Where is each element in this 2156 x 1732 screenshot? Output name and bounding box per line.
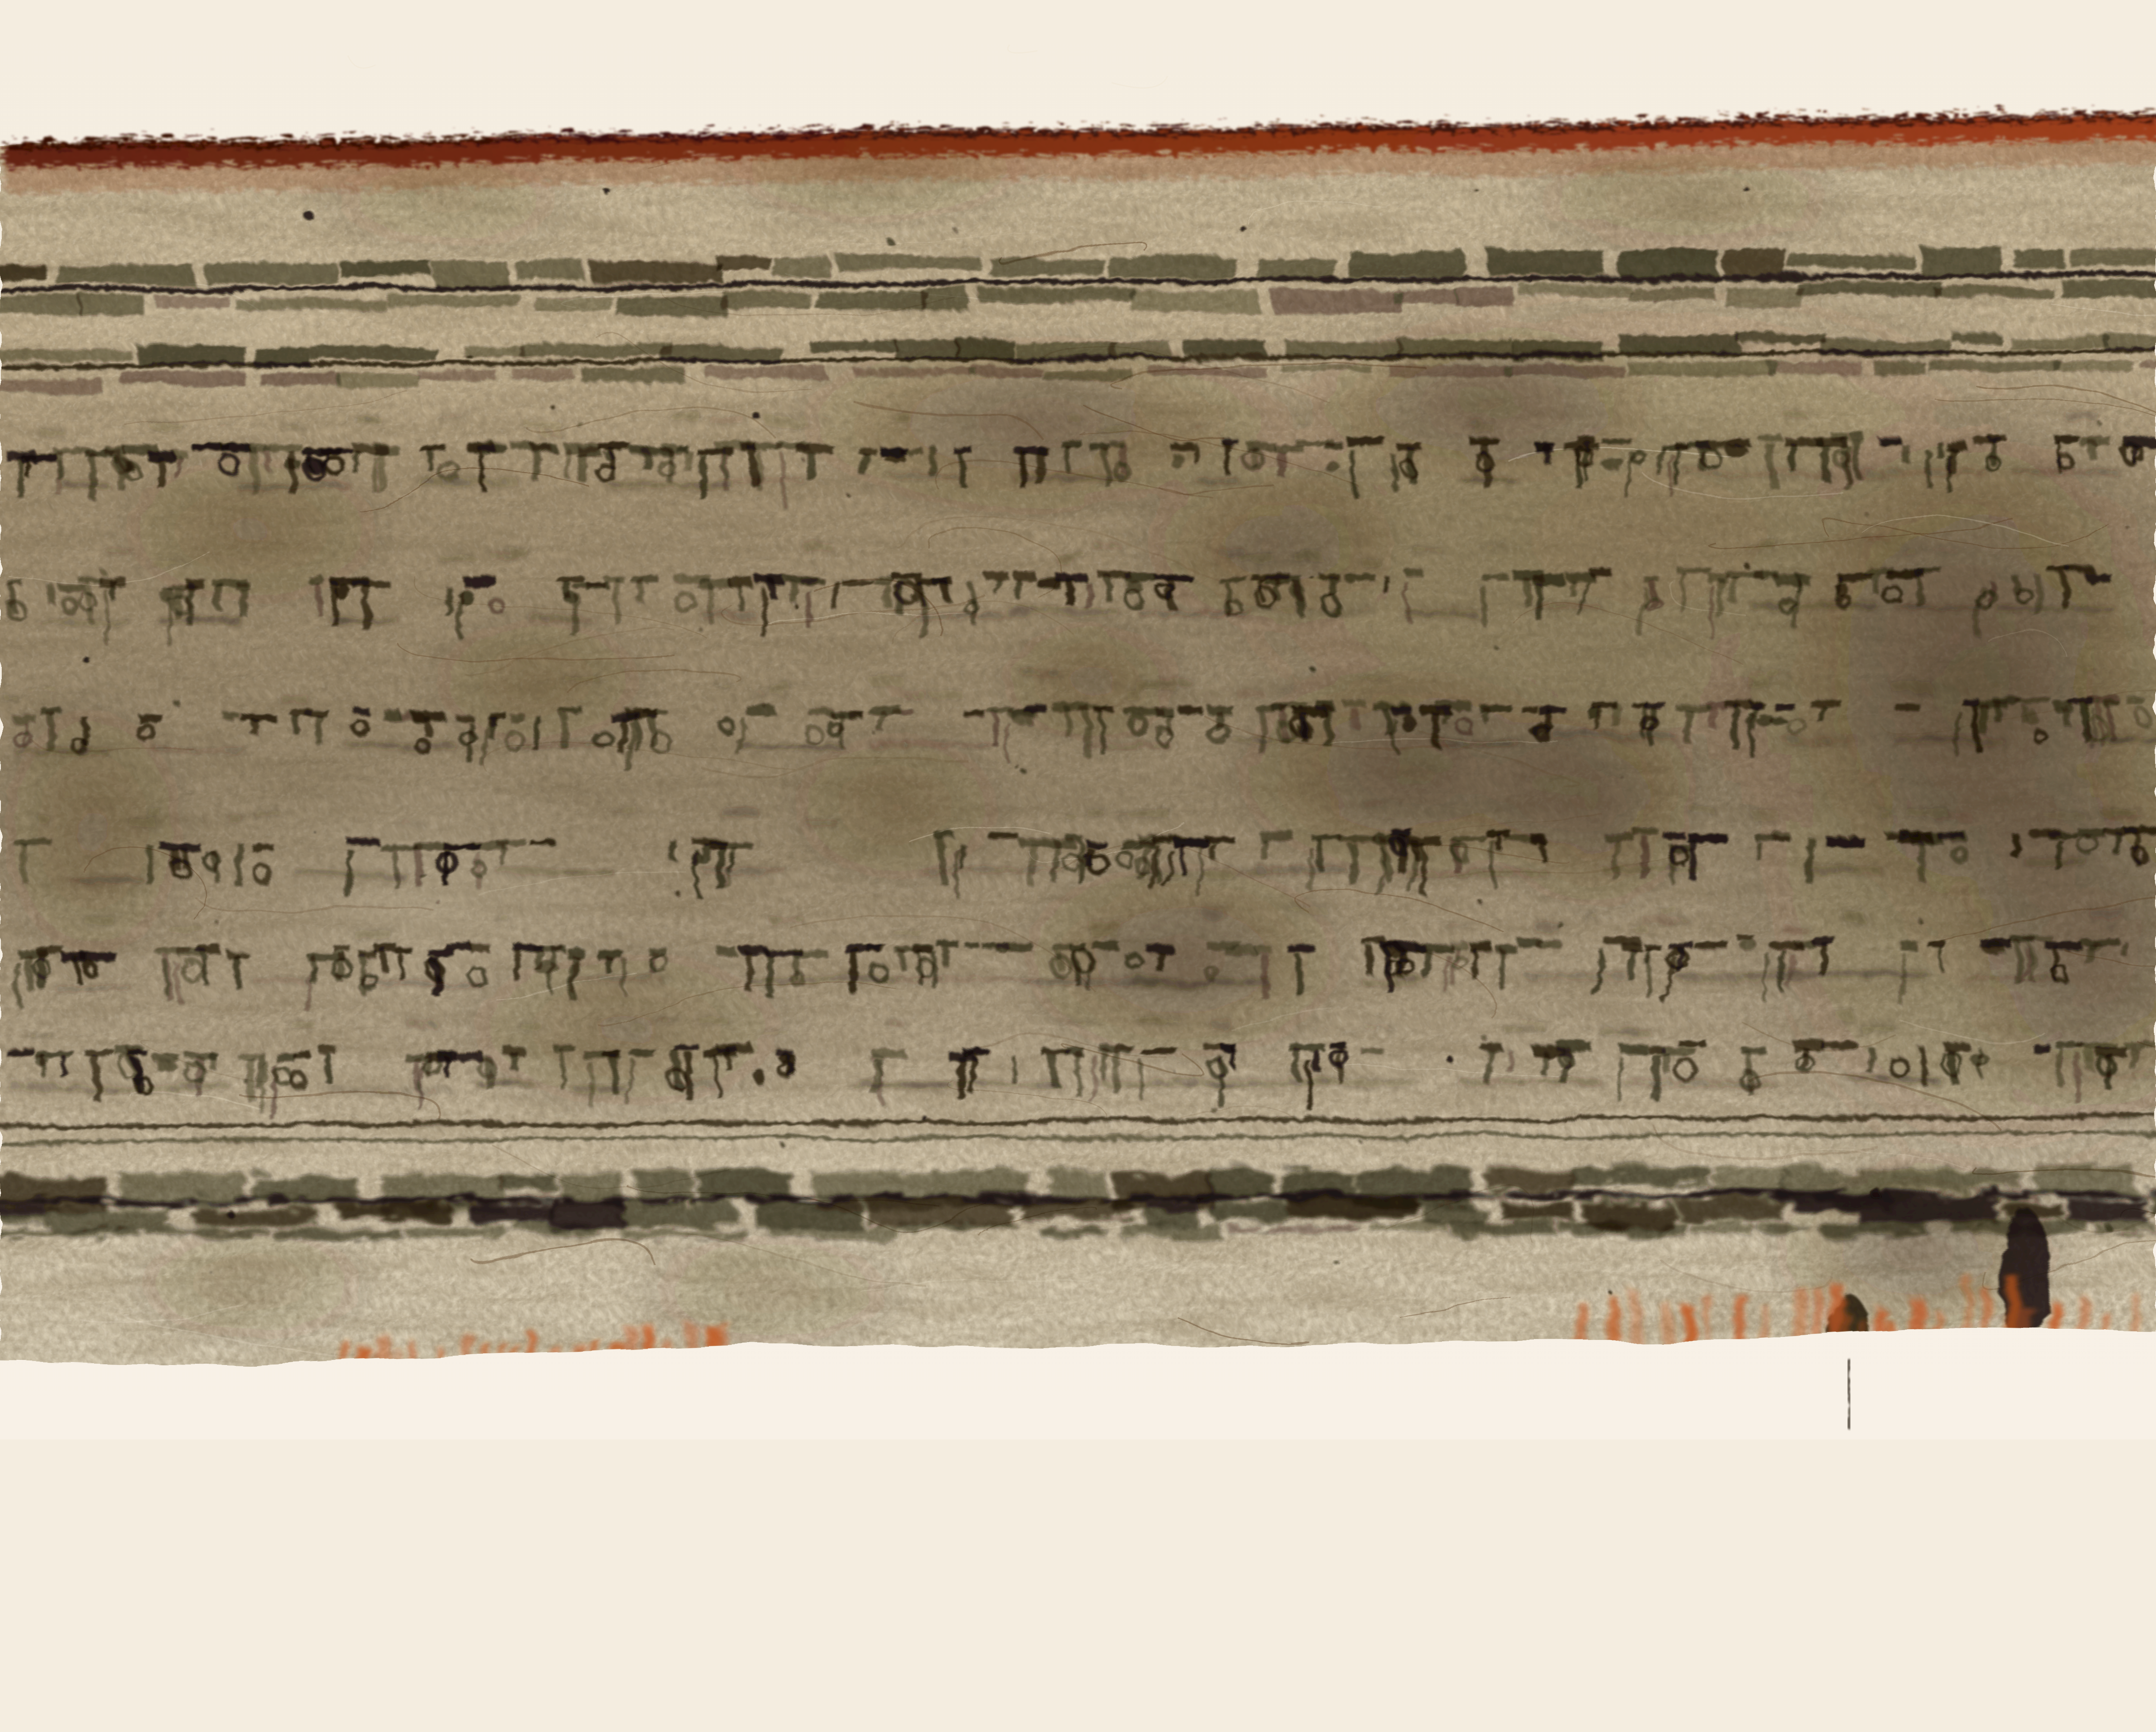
stain-veil — [97, 441, 405, 620]
manuscript-photograph — [0, 0, 2156, 1440]
photo-frame — [0, 0, 2156, 1440]
manuscript-scene — [0, 0, 2156, 1440]
paper-leaf — [0, 93, 2156, 1402]
